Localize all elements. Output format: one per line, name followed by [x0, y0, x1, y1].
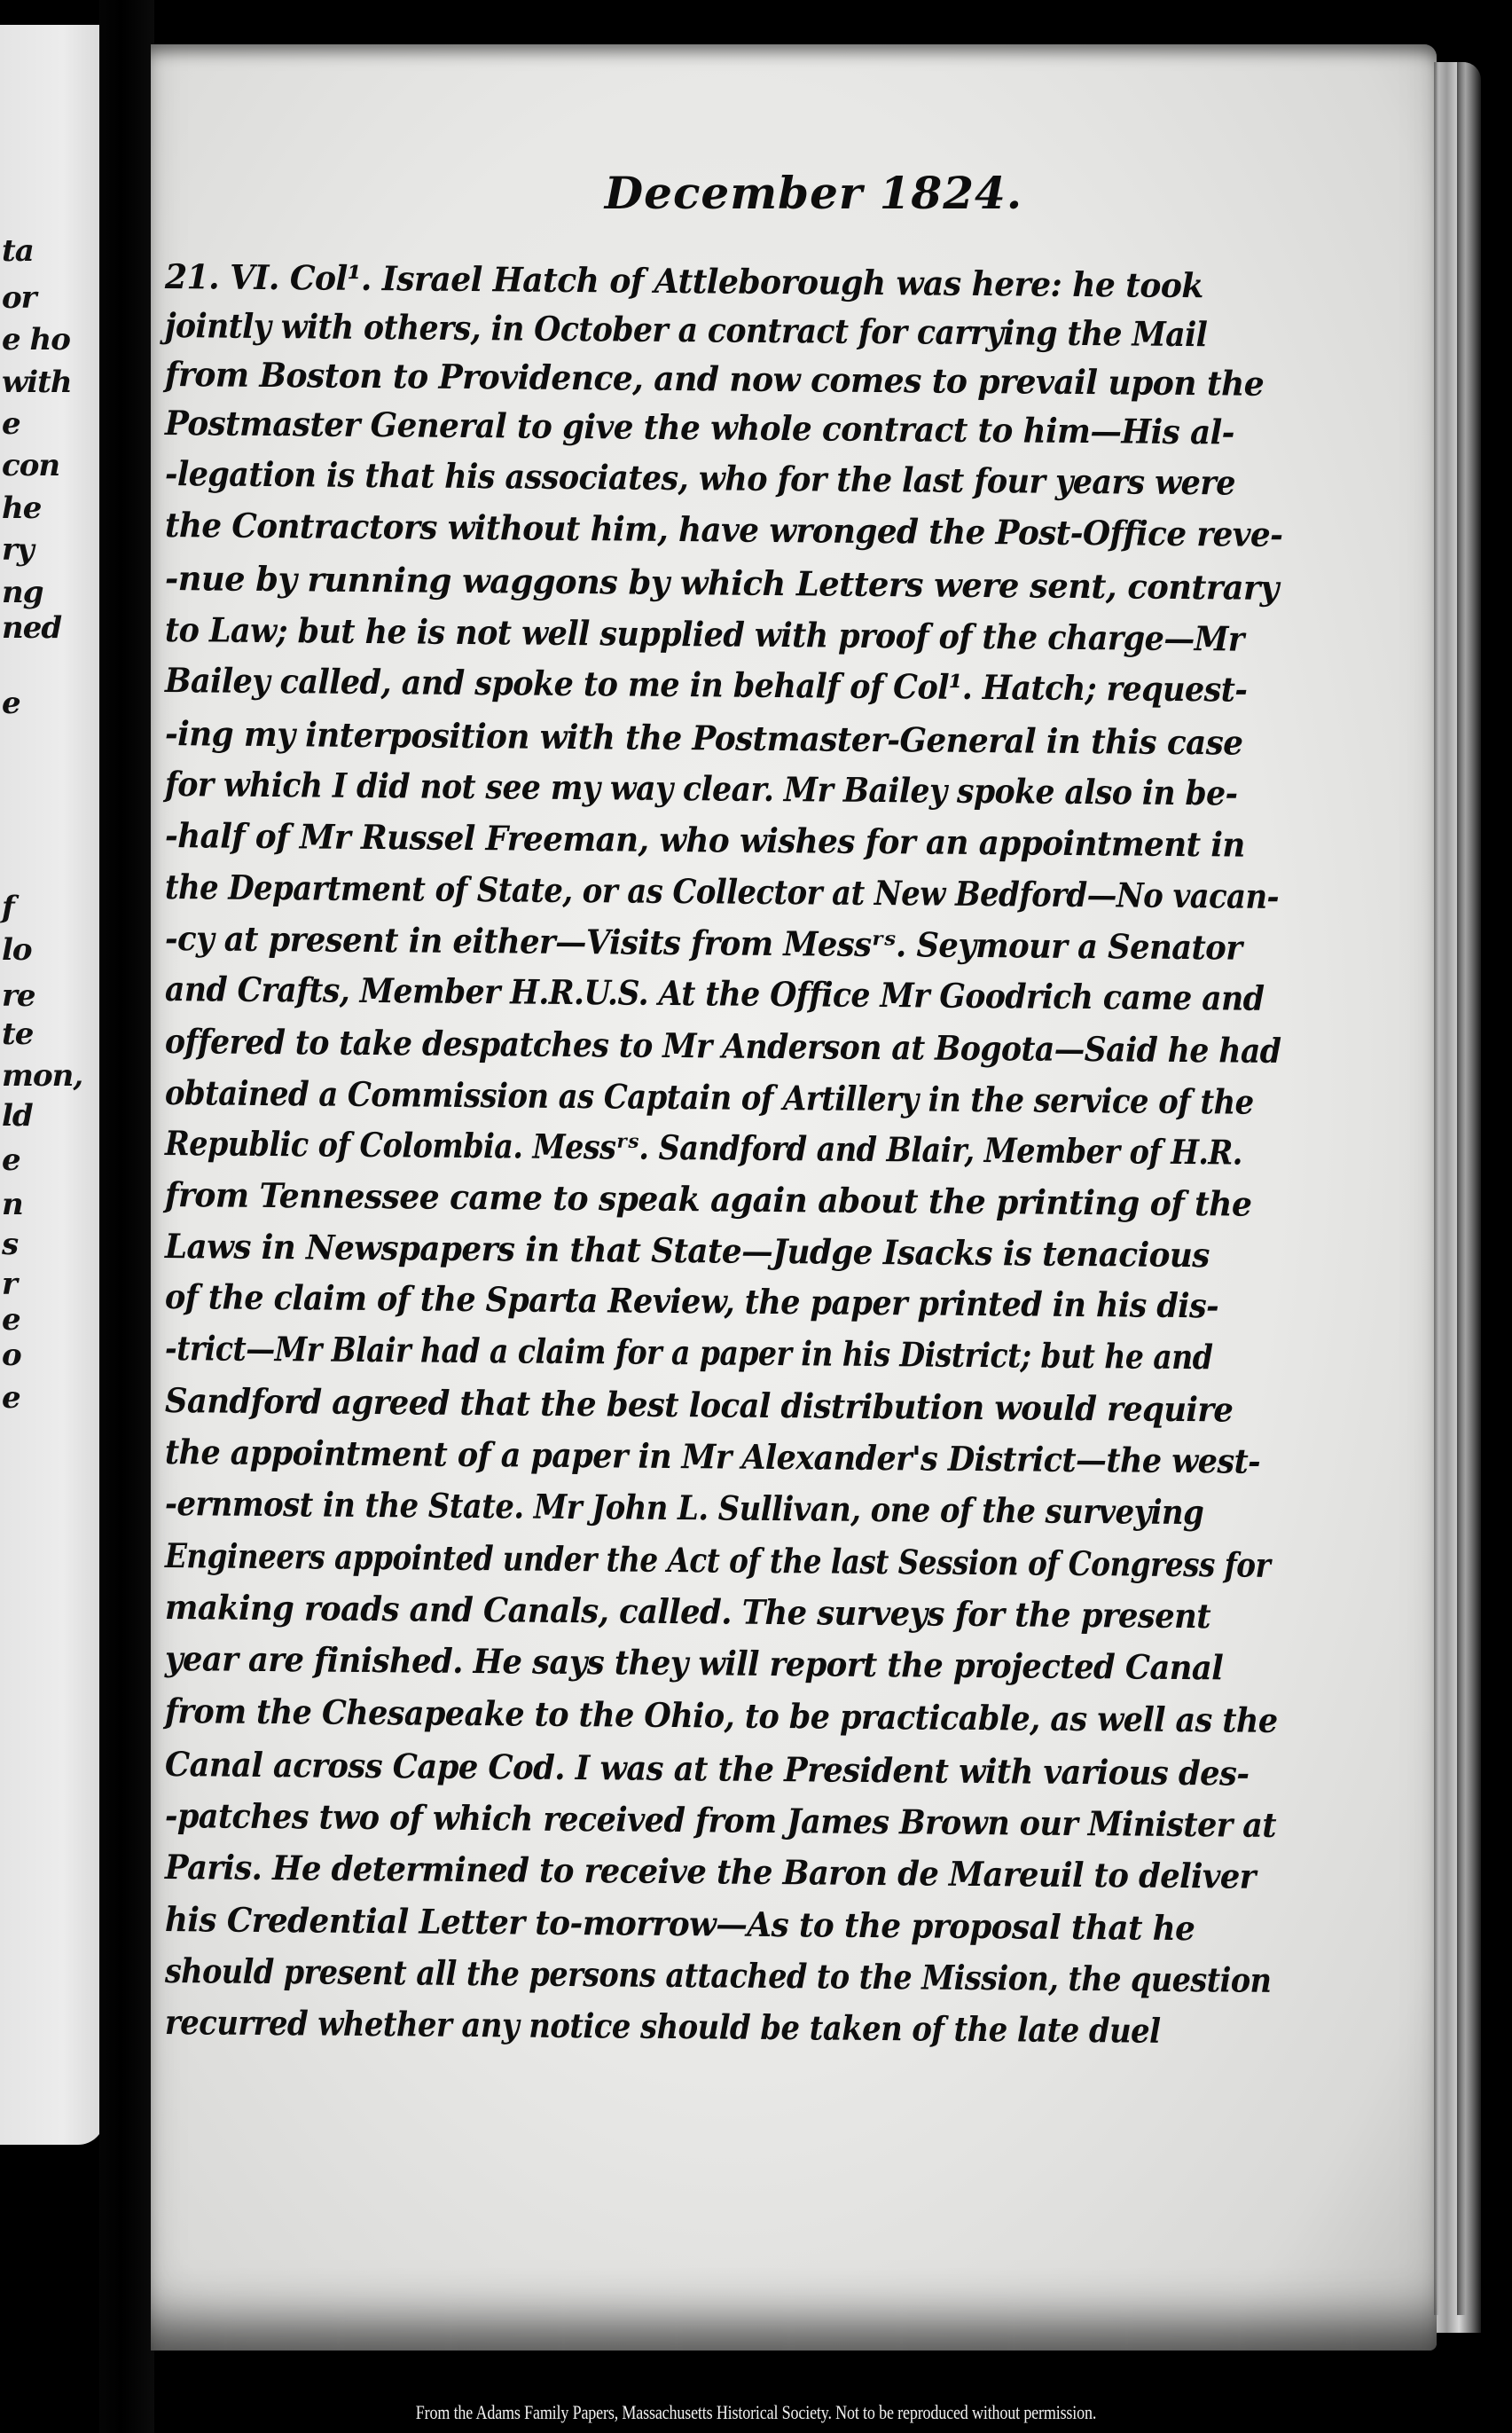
margin-fragment: e ho	[2, 322, 70, 357]
margin-fragment: e	[2, 1302, 20, 1338]
margin-fragment: or	[2, 280, 36, 316]
margin-fragment: lo	[2, 932, 32, 968]
margin-fragment: e	[2, 406, 20, 442]
margin-fragment: e	[2, 1142, 20, 1178]
copyright-caption: From the Adams Family Papers, Massachuse…	[136, 2401, 1375, 2424]
margin-fragment: with	[2, 365, 72, 400]
margin-fragment: s	[2, 1227, 18, 1262]
margin-fragment: e	[2, 686, 20, 721]
manuscript-line: -trict—Mr Blair had a claim for a paper …	[165, 1329, 1122, 1376]
margin-fragment: e	[2, 1380, 20, 1416]
margin-fragment: ta	[2, 233, 34, 269]
margin-fragment: he	[2, 491, 41, 526]
margin-fragment: ng	[2, 575, 43, 610]
margin-fragment: te	[2, 1016, 33, 1052]
page-edge-line	[1457, 62, 1466, 2315]
margin-fragment: f	[2, 890, 14, 925]
page-edge-line	[1434, 62, 1439, 2315]
margin-fragment: ry	[2, 532, 34, 568]
manuscript-scan: ta or e ho with e con he ry ng ned e f l…	[0, 0, 1512, 2433]
manuscript-line: Engineers appointed under the Act of the…	[165, 1536, 1111, 1583]
margin-fragment: n	[2, 1187, 23, 1222]
margin-fragment: re	[2, 978, 35, 1014]
margin-fragment: ld	[2, 1098, 33, 1134]
margin-fragment: mon,	[2, 1058, 82, 1094]
margin-fragment: ned	[2, 610, 61, 646]
margin-fragment: r	[2, 1267, 17, 1302]
book-gutter	[99, 0, 154, 2433]
page-heading: December 1824.	[0, 167, 1512, 219]
facing-page-fragment: ta or e ho with e con he ry ng ned e f l…	[0, 25, 105, 2145]
margin-fragment: con	[2, 448, 59, 483]
margin-fragment: o	[2, 1338, 21, 1373]
